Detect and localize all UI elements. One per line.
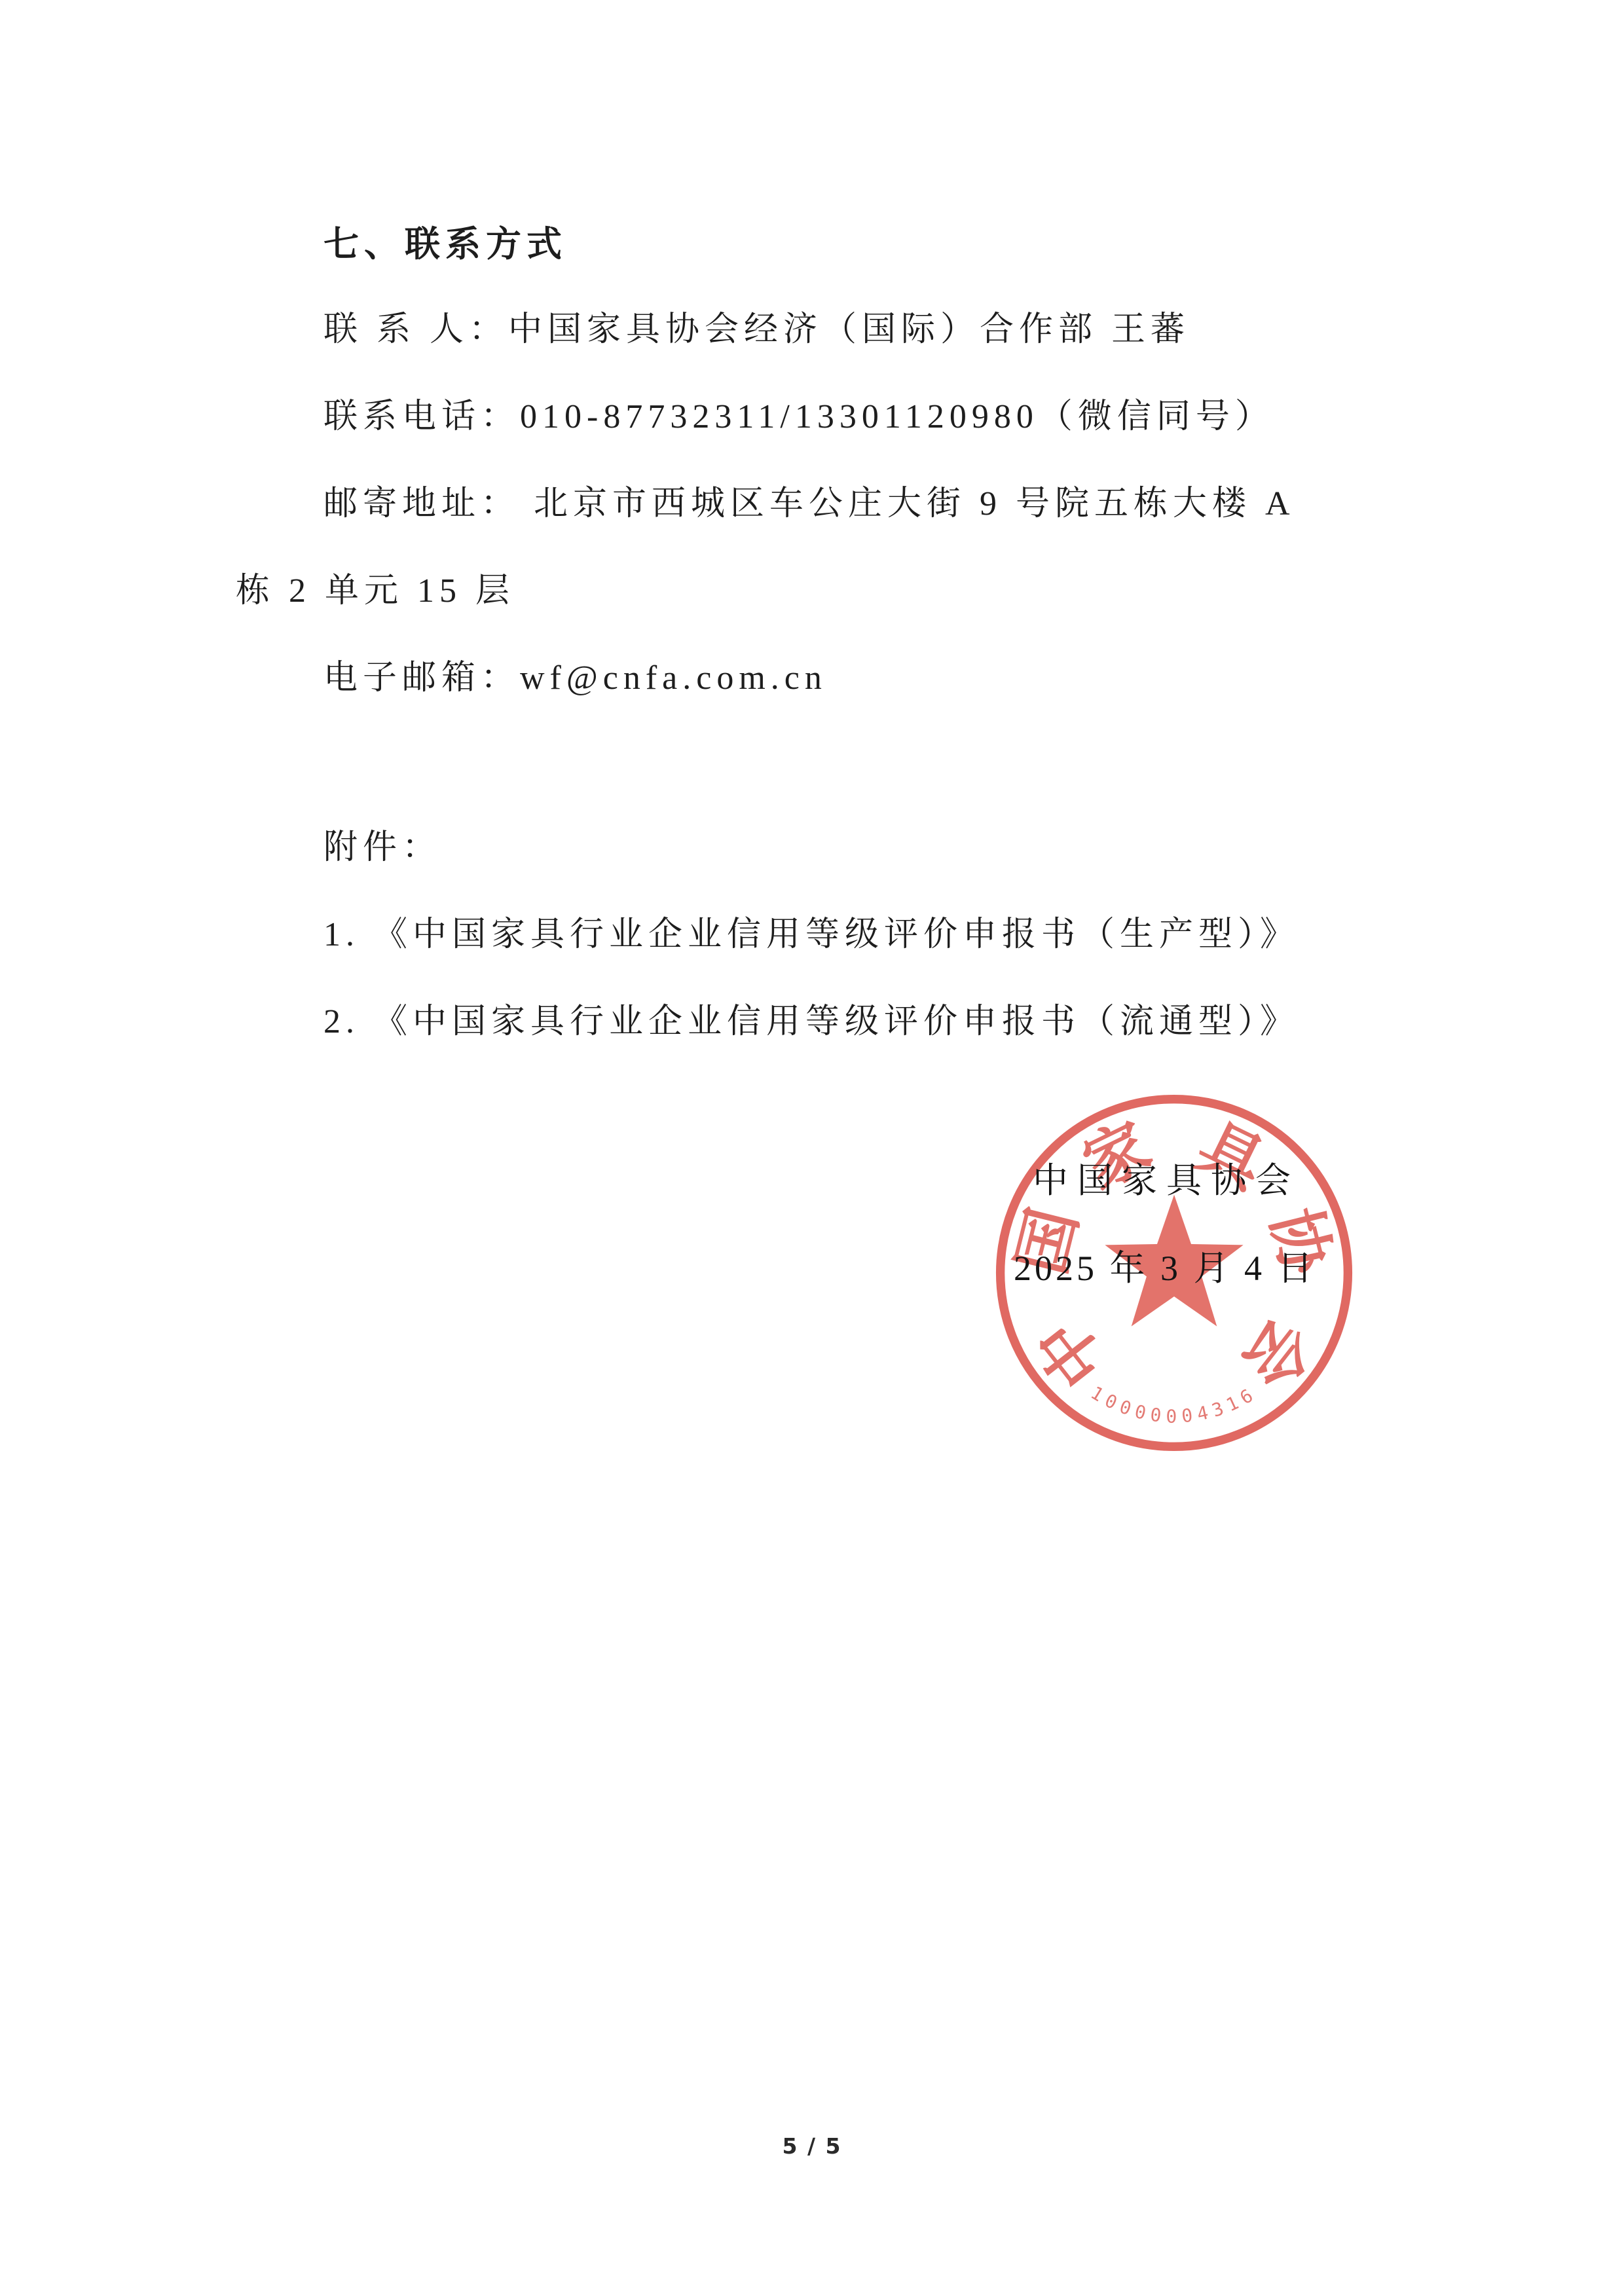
attachment-item-2: 2. 《中国家具行业企业信用等级评价申报书（流通型）》 [323, 993, 1299, 1042]
page-number: 5 / 5 [0, 2133, 1624, 2159]
section-heading: 七、联系方式 [323, 216, 567, 266]
email-line: 电子邮箱：wf@cnfa.com.cn [323, 650, 827, 699]
seal-date-text: 2025 年 3 月 4 日 [1014, 1240, 1316, 1291]
mailing-address-line-2: 栋 2 单元 15 层 [236, 562, 515, 612]
attachment-item-1: 1. 《中国家具行业企业信用等级评价申报书（生产型）》 [323, 906, 1299, 955]
mailing-address-line-1: 邮寄地址： 北京市西城区车公庄大街 9 号院五栋大楼 A [323, 475, 1295, 524]
contact-person-line: 联 系 人：中国家具协会经济（国际）合作部 王蕃 [323, 301, 1190, 350]
seal-organization-text: 中国家具协会 [1033, 1152, 1300, 1203]
document-page: 七、联系方式 联 系 人：中国家具协会经济（国际）合作部 王蕃 联系电话：010… [0, 0, 1624, 2295]
contact-phone-line: 联系电话：010-87732311/13301120980（微信同号） [323, 388, 1274, 437]
attachments-label: 附件： [323, 819, 441, 868]
